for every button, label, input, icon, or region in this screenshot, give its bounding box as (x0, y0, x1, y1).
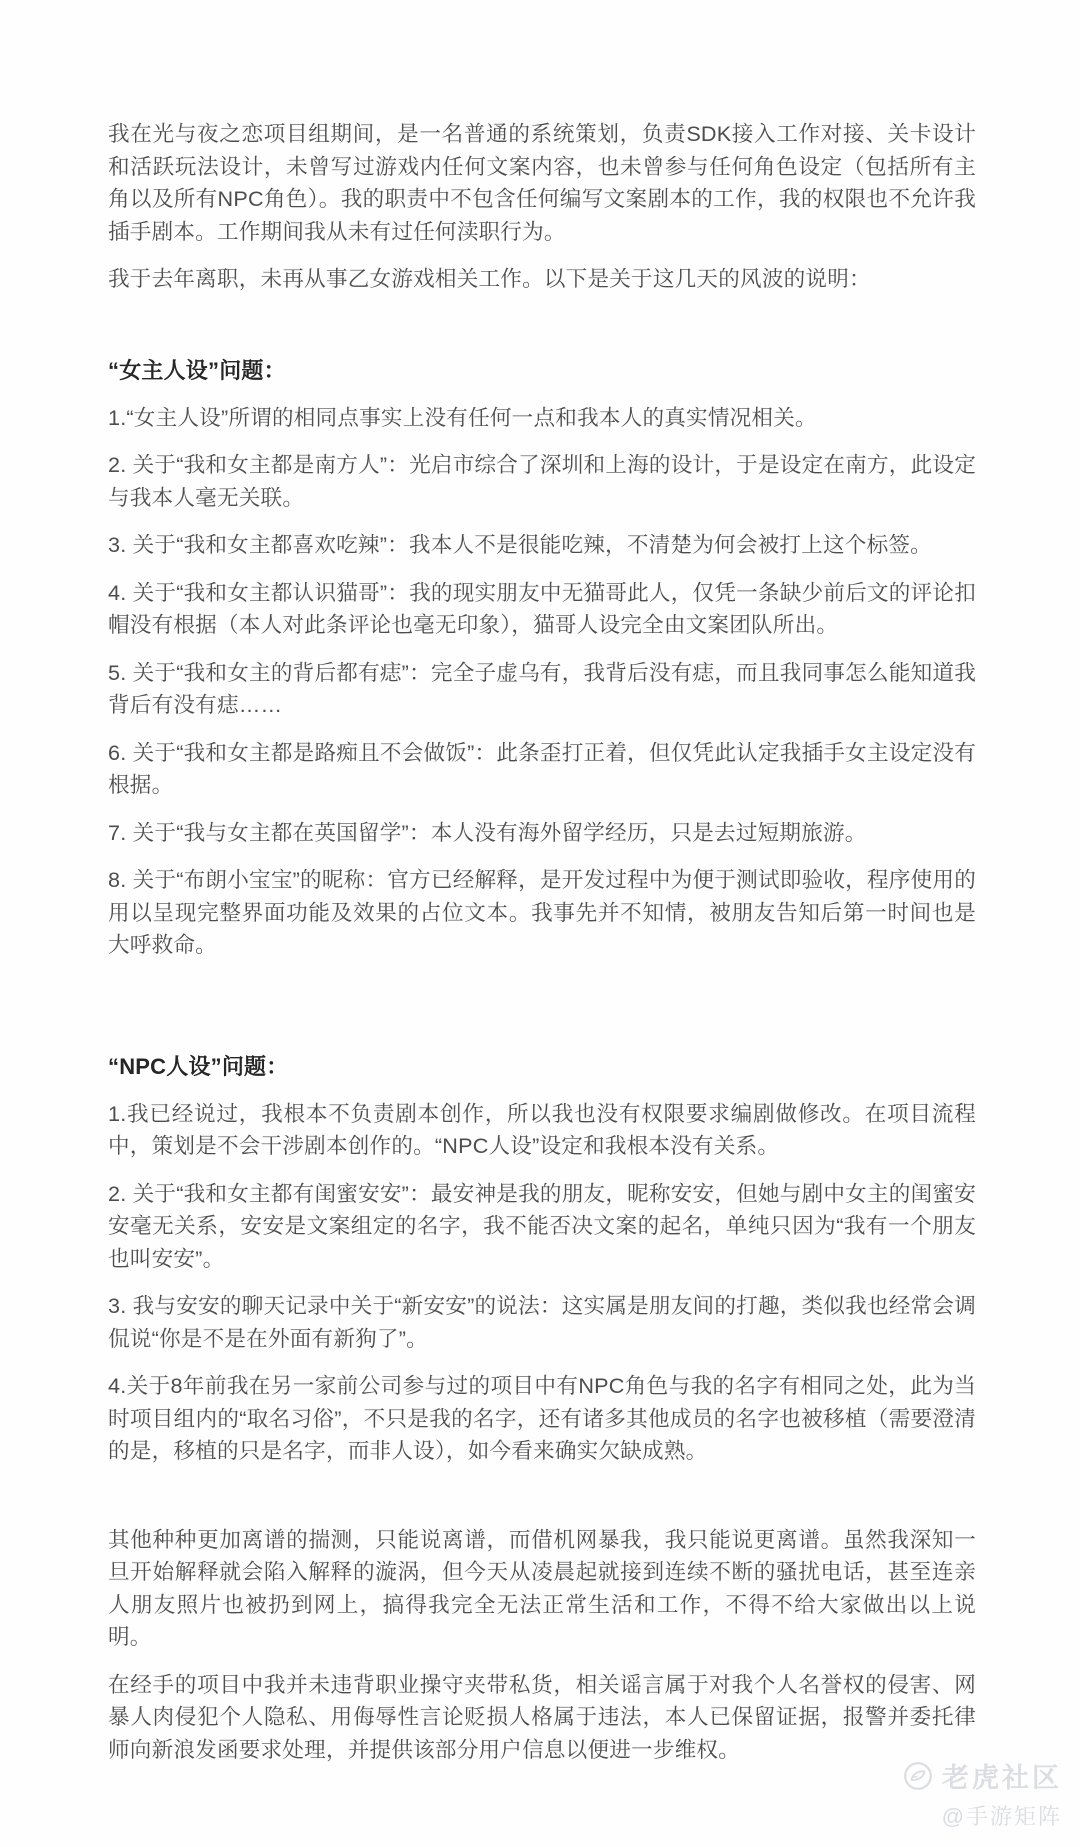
statement-item: 1.“女主人设”所谓的相同点事实上没有任何一点和我本人的真实情况相关。 (108, 402, 976, 435)
intro-paragraph: 我于去年离职，未再从事乙女游戏相关工作。以下是关于这几天的风波的说明： (108, 263, 976, 296)
statement-page: 我在光与夜之恋项目组期间，是一名普通的系统策划，负责SDK接入工作对接、关卡设计… (0, 0, 1080, 1847)
statement-item: 8. 关于“布朗小宝宝”的昵称：官方已经解释，是开发过程中为便于测试即验收，程序… (108, 864, 976, 962)
statement-item: 5. 关于“我和女主的背后都有痣”：完全子虚乌有，我背后没有痣，而且我同事怎么能… (108, 657, 976, 722)
statement-item: 4.关于8年前我在另一家前公司参与过的项目中有NPC角色与我的名字有相同之处，此… (108, 1370, 976, 1468)
closing-paragraph: 在经手的项目中我并未违背职业操守夹带私货，相关谣言属于对我个人名誉权的侵害、网暴… (108, 1669, 976, 1767)
statement-item: 6. 关于“我和女主都是路痴且不会做饭”：此条歪打正着，但仅凭此认定我插手女主设… (108, 737, 976, 802)
section-heading: “女主人设”问题： (108, 354, 976, 387)
watermark: 老虎社区 @手游矩阵 (903, 1756, 1062, 1831)
closing-block: 其他种种更加离谱的揣测，只能说离谱，而借机网暴我，我只能说更离谱。虽然我深知一旦… (108, 1524, 976, 1767)
statement-item: 4. 关于“我和女主都认识猫哥”：我的现实朋友中无猫哥此人，仅凭一条缺少前后文的… (108, 577, 976, 642)
tiger-logo-icon (903, 1761, 933, 1791)
section-heading: “NPC人设”问题： (108, 1050, 976, 1083)
statement-item: 1.我已经说过，我根本不负责剧本创作，所以我也没有权限要求编剧做修改。在项目流程… (108, 1098, 976, 1163)
statement-item: 7. 关于“我与女主都在英国留学”：本人没有海外留学经历，只是去过短期旅游。 (108, 817, 976, 850)
watermark-community-label: 老虎社区 (942, 1756, 1062, 1795)
statement-document: 我在光与夜之恋项目组期间，是一名普通的系统策划，负责SDK接入工作对接、关卡设计… (0, 0, 976, 1766)
section-npc-persona: “NPC人设”问题： 1.我已经说过，我根本不负责剧本创作，所以我也没有权限要求… (108, 1050, 976, 1468)
statement-item: 3. 关于“我和女主都喜欢吃辣”：我本人不是很能吃辣，不清楚为何会被打上这个标签… (108, 529, 976, 562)
section-heroine-persona: “女主人设”问题： 1.“女主人设”所谓的相同点事实上没有任何一点和我本人的真实… (108, 354, 976, 962)
statement-item: 3. 我与安安的聊天记录中关于“新安安”的说法：这实属是朋友间的打趣，类似我也经… (108, 1290, 976, 1355)
watermark-handle-label: @手游矩阵 (903, 1800, 1062, 1831)
statement-item: 2. 关于“我和女主都有闺蜜安安”：最安神是我的朋友，昵称安安，但她与剧中女主的… (108, 1178, 976, 1276)
statement-item: 2. 关于“我和女主都是南方人”：光启市综合了深圳和上海的设计，于是设定在南方，… (108, 449, 976, 514)
intro-paragraph: 我在光与夜之恋项目组期间，是一名普通的系统策划，负责SDK接入工作对接、关卡设计… (108, 118, 976, 248)
closing-paragraph: 其他种种更加离谱的揣测，只能说离谱，而借机网暴我，我只能说更离谱。虽然我深知一旦… (108, 1524, 976, 1654)
